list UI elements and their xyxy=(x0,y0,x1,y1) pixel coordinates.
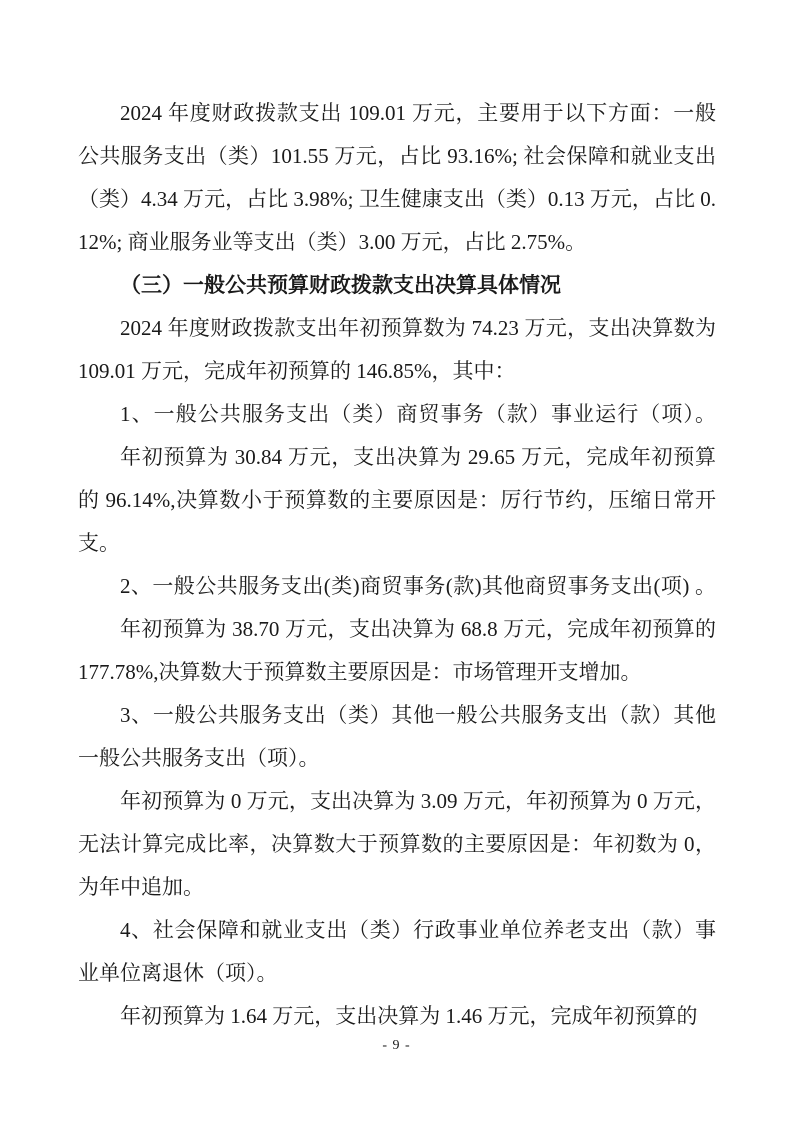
item-1-detail: 年初预算为 30.84 万元，支出决算为 29.65 万元，完成年初预算的 96… xyxy=(78,436,716,565)
summary-paragraph: 2024 年度财政拨款支出年初预算数为 74.23 万元，支出决算数为 109.… xyxy=(78,307,716,393)
item-4-title: 4、社会保障和就业支出（类）行政事业单位养老支出（款）事业单位离退休（项）。 xyxy=(78,909,716,995)
page-number: - 9 - xyxy=(0,1038,793,1054)
document-page: 2024 年度财政拨款支出 109.01 万元，主要用于以下方面：一般公共服务支… xyxy=(0,0,793,1122)
section-heading: （三）一般公共预算财政拨款支出决算具体情况 xyxy=(78,264,716,307)
item-1-title: 1、一般公共服务支出（类）商贸事务（款）事业运行（项）。 xyxy=(78,393,716,436)
item-3-detail: 年初预算为 0 万元，支出决算为 3.09 万元，年初预算为 0 万元，无法计算… xyxy=(78,780,716,909)
item-2-detail: 年初预算为 38.70 万元，支出决算为 68.8 万元，完成年初预算的 177… xyxy=(78,608,716,694)
item-3-title: 3、一般公共服务支出（类）其他一般公共服务支出（款）其他一般公共服务支出（项）。 xyxy=(78,694,716,780)
item-4-detail: 年初预算为 1.64 万元，支出决算为 1.46 万元，完成年初预算的 xyxy=(78,995,716,1038)
item-2-title: 2、一般公共服务支出(类)商贸事务(款)其他商贸事务支出(项) 。 xyxy=(78,565,716,608)
intro-paragraph: 2024 年度财政拨款支出 109.01 万元，主要用于以下方面：一般公共服务支… xyxy=(78,92,716,264)
